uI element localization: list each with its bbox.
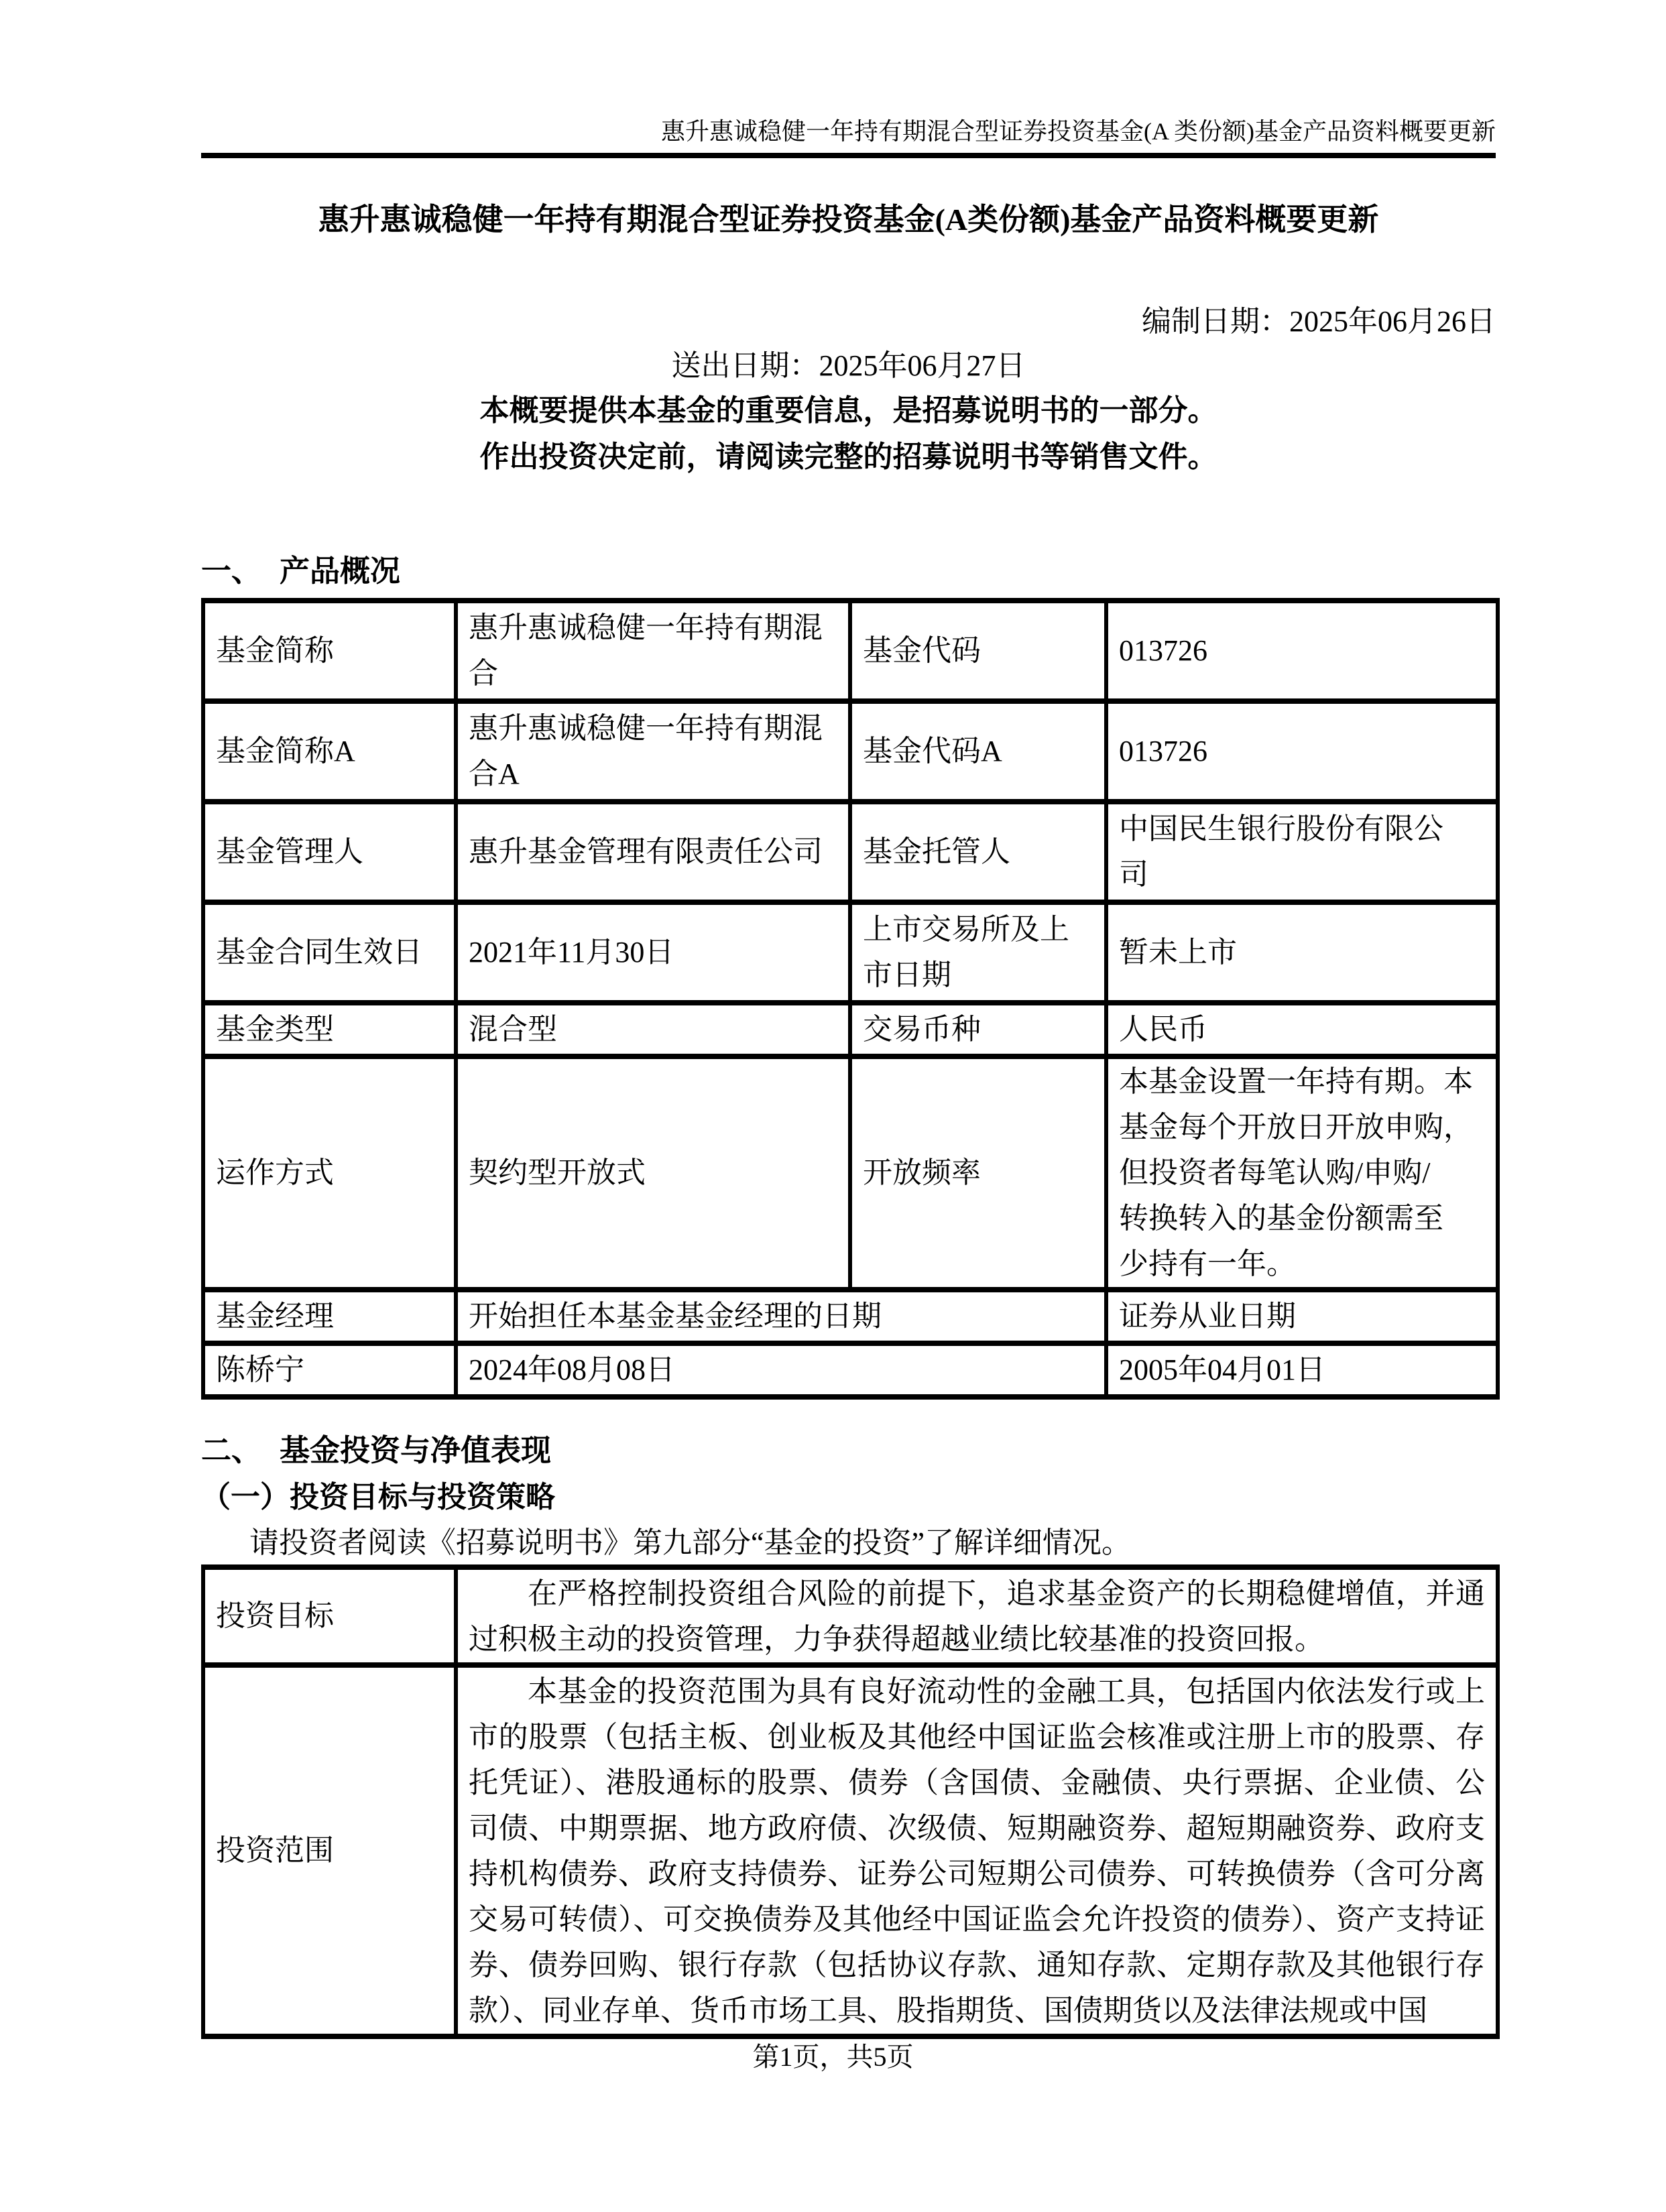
- cell-investment-scope-label: 投资范围: [203, 1665, 456, 2036]
- section1-heading: 一、产品概况: [201, 552, 1496, 590]
- investment-scope-paragraph: 本基金的投资范围为具有良好流动性的金融工具，包括国内依法发行或上市的股票（包括主…: [469, 1669, 1485, 2034]
- cell-fund-code-a-value: 013726: [1106, 701, 1498, 802]
- cell-fund-manager-label: 基金经理: [203, 1290, 456, 1343]
- cell-fund-abbr-value: 惠升惠诚稳健一年持有期混 合: [456, 601, 850, 701]
- cell-manager-start-date-label: 开始担任本基金基金经理的日期: [456, 1290, 1106, 1343]
- cell-currency-label: 交易币种: [850, 1003, 1106, 1056]
- cell-listing-label: 上市交易所及上 市日期: [850, 902, 1106, 1003]
- cell-fund-type-label: 基金类型: [203, 1003, 456, 1056]
- cell-investment-goal-text: 在严格控制投资组合风险的前提下，追求基金资产的长期稳健增值，并通过积极主动的投资…: [456, 1567, 1498, 1665]
- cell-open-frequency-label: 开放频率: [850, 1056, 1106, 1290]
- cell-operation-mode-value: 契约型开放式: [456, 1056, 850, 1290]
- cell-fund-code-a-label: 基金代码A: [850, 701, 1106, 802]
- section2-sub-heading: （一）投资目标与投资策略: [201, 1479, 1496, 1516]
- table-row: 运作方式 契约型开放式 开放频率 本基金设置一年持有期。本 基金每个开放日开放申…: [203, 1056, 1498, 1290]
- cell-manager-start-date-value: 2024年08月08日: [456, 1343, 1106, 1397]
- cell-contract-date-value: 2021年11月30日: [456, 902, 850, 1003]
- investment-goal-paragraph: 在严格控制投资组合风险的前提下，追求基金资产的长期稳健增值，并通过积极主动的投资…: [469, 1571, 1485, 1662]
- cell-manager-name: 陈桥宁: [203, 1343, 456, 1397]
- table-row: 陈桥宁 2024年08月08日 2005年04月01日: [203, 1343, 1498, 1397]
- sent-date-line: 送出日期：2025年06月27日: [201, 347, 1496, 385]
- cell-fund-abbr-label: 基金简称: [203, 601, 456, 701]
- cell-custodian-label: 基金托管人: [850, 802, 1106, 902]
- table-row: 基金简称A 惠升惠诚稳健一年持有期混 合A 基金代码A 013726: [203, 701, 1498, 802]
- header-rule: [201, 153, 1496, 158]
- cell-custodian-value: 中国民生银行股份有限公 司: [1106, 802, 1498, 902]
- section1-title: 产品概况: [280, 552, 400, 590]
- document-page: 惠升惠诚稳健一年持有期混合型证券投资基金(A 类份额)基金产品资料概要更新 惠升…: [0, 0, 1666, 2212]
- section2-number: 二、: [201, 1434, 261, 1467]
- cell-manager-label: 基金管理人: [203, 802, 456, 902]
- page-header-text: 惠升惠诚稳健一年持有期混合型证券投资基金(A 类份额)基金产品资料概要更新: [201, 115, 1496, 147]
- cell-securities-career-value: 2005年04月01日: [1106, 1343, 1498, 1397]
- section2-heading: 二、基金投资与净值表现: [201, 1432, 1496, 1469]
- product-overview-table: 基金简称 惠升惠诚稳健一年持有期混 合 基金代码 013726 基金简称A 惠升…: [201, 598, 1500, 1400]
- section2-intro: 请投资者阅读《招募说明书》第九部分“基金的投资”了解详细情况。: [201, 1524, 1496, 1562]
- table-row: 投资目标 在严格控制投资组合风险的前提下，追求基金资产的长期稳健增值，并通过积极…: [203, 1567, 1498, 1665]
- table-row: 基金简称 惠升惠诚稳健一年持有期混 合 基金代码 013726: [203, 601, 1498, 701]
- table-row: 基金类型 混合型 交易币种 人民币: [203, 1003, 1498, 1056]
- cell-currency-value: 人民币: [1106, 1003, 1498, 1056]
- cell-open-frequency-value: 本基金设置一年持有期。本 基金每个开放日开放申购， 但投资者每笔认购/申购/ 转…: [1106, 1056, 1498, 1290]
- table-row: 基金经理 开始担任本基金基金经理的日期 证券从业日期: [203, 1290, 1498, 1343]
- cell-fund-type-value: 混合型: [456, 1003, 850, 1056]
- cell-operation-mode-label: 运作方式: [203, 1056, 456, 1290]
- table-row: 基金管理人 惠升基金管理有限责任公司 基金托管人 中国民生银行股份有限公 司: [203, 802, 1498, 902]
- cell-securities-career-label: 证券从业日期: [1106, 1290, 1498, 1343]
- section2-title: 基金投资与净值表现: [280, 1432, 551, 1469]
- prepared-date-line: 编制日期：2025年06月26日: [201, 303, 1496, 341]
- notice-line-1: 本概要提供本基金的重要信息，是招募说明书的一部分。: [201, 392, 1496, 430]
- section1-number: 一、: [201, 554, 261, 588]
- cell-fund-abbr-a-value: 惠升惠诚稳健一年持有期混 合A: [456, 701, 850, 802]
- cell-listing-value: 暂未上市: [1106, 902, 1498, 1003]
- cell-investment-scope-text: 本基金的投资范围为具有良好流动性的金融工具，包括国内依法发行或上市的股票（包括主…: [456, 1665, 1498, 2036]
- cell-fund-code-value: 013726: [1106, 601, 1498, 701]
- table-row: 投资范围 本基金的投资范围为具有良好流动性的金融工具，包括国内依法发行或上市的股…: [203, 1665, 1498, 2036]
- table-row: 基金合同生效日 2021年11月30日 上市交易所及上 市日期 暂未上市: [203, 902, 1498, 1003]
- investment-table: 投资目标 在严格控制投资组合风险的前提下，追求基金资产的长期稳健增值，并通过积极…: [201, 1564, 1500, 2039]
- notice-line-2: 作出投资决定前，请阅读完整的招募说明书等销售文件。: [201, 438, 1496, 476]
- cell-fund-code-label: 基金代码: [850, 601, 1106, 701]
- page-number-footer: 第1页，共5页: [0, 2040, 1666, 2074]
- cell-fund-abbr-a-label: 基金简称A: [203, 701, 456, 802]
- cell-investment-goal-label: 投资目标: [203, 1567, 456, 1665]
- cell-contract-date-label: 基金合同生效日: [203, 902, 456, 1003]
- cell-manager-value: 惠升基金管理有限责任公司: [456, 802, 850, 902]
- document-title: 惠升惠诚稳健一年持有期混合型证券投资基金(A类份额)基金产品资料概要更新: [201, 200, 1496, 240]
